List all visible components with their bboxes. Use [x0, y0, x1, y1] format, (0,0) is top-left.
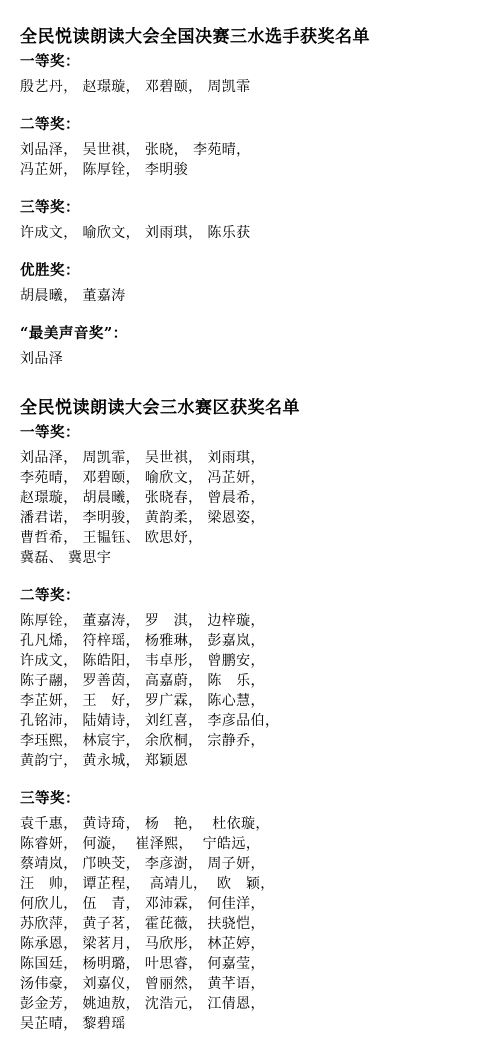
winners-line: 刘品泽 [20, 349, 460, 369]
winners-line: 孔凡烯， 符梓瑶， 杨雅琳， 彭嘉岚， [20, 631, 460, 651]
award-section: 全民悦读朗读大会三水赛区获奖名单一等奖：刘品泽， 周凯霏， 吴世祺， 刘雨琪，李… [20, 395, 460, 1034]
award-group: 优胜奖：胡晨曦， 董嘉涛 [20, 260, 460, 306]
award-group: 三等奖：袁千惠， 黄诗琦， 杨 艳， 杜依璇，陈睿妍， 何漩， 崔泽熙， 宁皓远… [20, 788, 460, 1034]
award-group: 一等奖：刘品泽， 周凯霏， 吴世祺， 刘雨琪，李苑晴， 邓碧颐， 喻欣文， 冯芷… [20, 422, 460, 568]
winners-line: 吴芷晴， 黎碧瑶 [20, 1014, 460, 1034]
winners-line: 潘君诺， 李明骏， 黄韵柔， 梁恩姿， [20, 508, 460, 528]
winners-line: 殷艺丹， 赵璟璇， 邓碧颐， 周凯霏 [20, 77, 460, 97]
award-group: 三等奖：许成文， 喻欣文， 刘雨琪， 陈乐获 [20, 197, 460, 243]
award-document: 全民悦读朗读大会全国决赛三水选手获奖名单一等奖：殷艺丹， 赵璟璇， 邓碧颐， 周… [0, 0, 480, 1060]
winners-line: 许成文， 喻欣文， 刘雨琪， 陈乐获 [20, 223, 460, 243]
winners-line: 孔铭沛， 陆婧诗， 刘红喜， 李彦品伯， [20, 711, 460, 731]
winners-line: 陈承恩， 梁茗月， 马欣彤， 林芷婷， [20, 934, 460, 954]
winners-line: 胡晨曦， 董嘉涛 [20, 286, 460, 306]
winners-line: 陈厚铨， 董嘉涛， 罗 淇， 边梓璇， [20, 611, 460, 631]
winners-line: 曹哲希， 王韫钰、 欧思妤， [20, 528, 460, 548]
award-group: 一等奖：殷艺丹， 赵璟璇， 邓碧颐， 周凯霏 [20, 51, 460, 97]
winners-line: 李苑晴， 邓碧颐， 喻欣文， 冯芷妍， [20, 468, 460, 488]
winners-line: 冀磊、 冀思宇 [20, 548, 460, 568]
winners-line: 何欣儿， 伍 青， 邓沛霖， 何佳洋， [20, 894, 460, 914]
winners-line: 刘品泽， 周凯霏， 吴世祺， 刘雨琪， [20, 448, 460, 468]
winners-line: 李芷妍， 王 好， 罗广霖， 陈心慧， [20, 691, 460, 711]
award-heading: 优胜奖： [20, 260, 460, 282]
section-title: 全民悦读朗读大会三水赛区获奖名单 [20, 395, 460, 421]
award-heading: 三等奖： [20, 197, 460, 219]
winners-line: 彭金芳， 姚迪敖， 沈浩元， 江倩恩， [20, 994, 460, 1014]
award-group: 二等奖：刘品泽， 吴世祺， 张晓， 李苑晴，冯芷妍， 陈厚铨， 李明骏 [20, 114, 460, 180]
award-group: “最美声音奖”：刘品泽 [20, 323, 460, 369]
award-heading: “最美声音奖”： [20, 323, 460, 345]
winners-line: 陈子翮， 罗善茵， 高嘉蔚， 陈 乐， [20, 671, 460, 691]
winners-line: 冯芷妍， 陈厚铨， 李明骏 [20, 160, 460, 180]
winners-line: 陈国廷， 杨明璐， 叶思睿， 何嘉莹， [20, 954, 460, 974]
winners-line: 陈睿妍， 何漩， 崔泽熙， 宁皓远， [20, 834, 460, 854]
winners-line: 汪 帅， 谭芷程， 高靖儿， 欧 颖， [20, 874, 460, 894]
award-heading: 一等奖： [20, 422, 460, 444]
winners-line: 苏欣萍， 黄子茗， 霍芘薇， 扶骁恺， [20, 914, 460, 934]
award-heading: 二等奖： [20, 585, 460, 607]
winners-line: 赵璟璇， 胡晨曦， 张晓春， 曾晨希， [20, 488, 460, 508]
winners-line: 李珏熙， 林宸宇， 余欣桐， 宗静乔， [20, 731, 460, 751]
winners-line: 蔡靖岚， 邝映芠， 李彦澍， 周子妍， [20, 854, 460, 874]
winners-line: 许成文， 陈皓阳， 韦卓彤， 曾鹏安， [20, 651, 460, 671]
winners-line: 汤伟豪， 刘嘉仪， 曾丽然， 黄芊语， [20, 974, 460, 994]
winners-line: 刘品泽， 吴世祺， 张晓， 李苑晴， [20, 140, 460, 160]
winners-line: 黄韵宁， 黄永城， 郑颖恩 [20, 751, 460, 771]
winners-line: 袁千惠， 黄诗琦， 杨 艳， 杜依璇， [20, 814, 460, 834]
award-group: 二等奖：陈厚铨， 董嘉涛， 罗 淇， 边梓璇，孔凡烯， 符梓瑶， 杨雅琳， 彭嘉… [20, 585, 460, 771]
award-heading: 三等奖： [20, 788, 460, 810]
award-section: 全民悦读朗读大会全国决赛三水选手获奖名单一等奖：殷艺丹， 赵璟璇， 邓碧颐， 周… [20, 24, 460, 369]
award-heading: 二等奖： [20, 114, 460, 136]
award-heading: 一等奖： [20, 51, 460, 73]
section-title: 全民悦读朗读大会全国决赛三水选手获奖名单 [20, 24, 460, 50]
